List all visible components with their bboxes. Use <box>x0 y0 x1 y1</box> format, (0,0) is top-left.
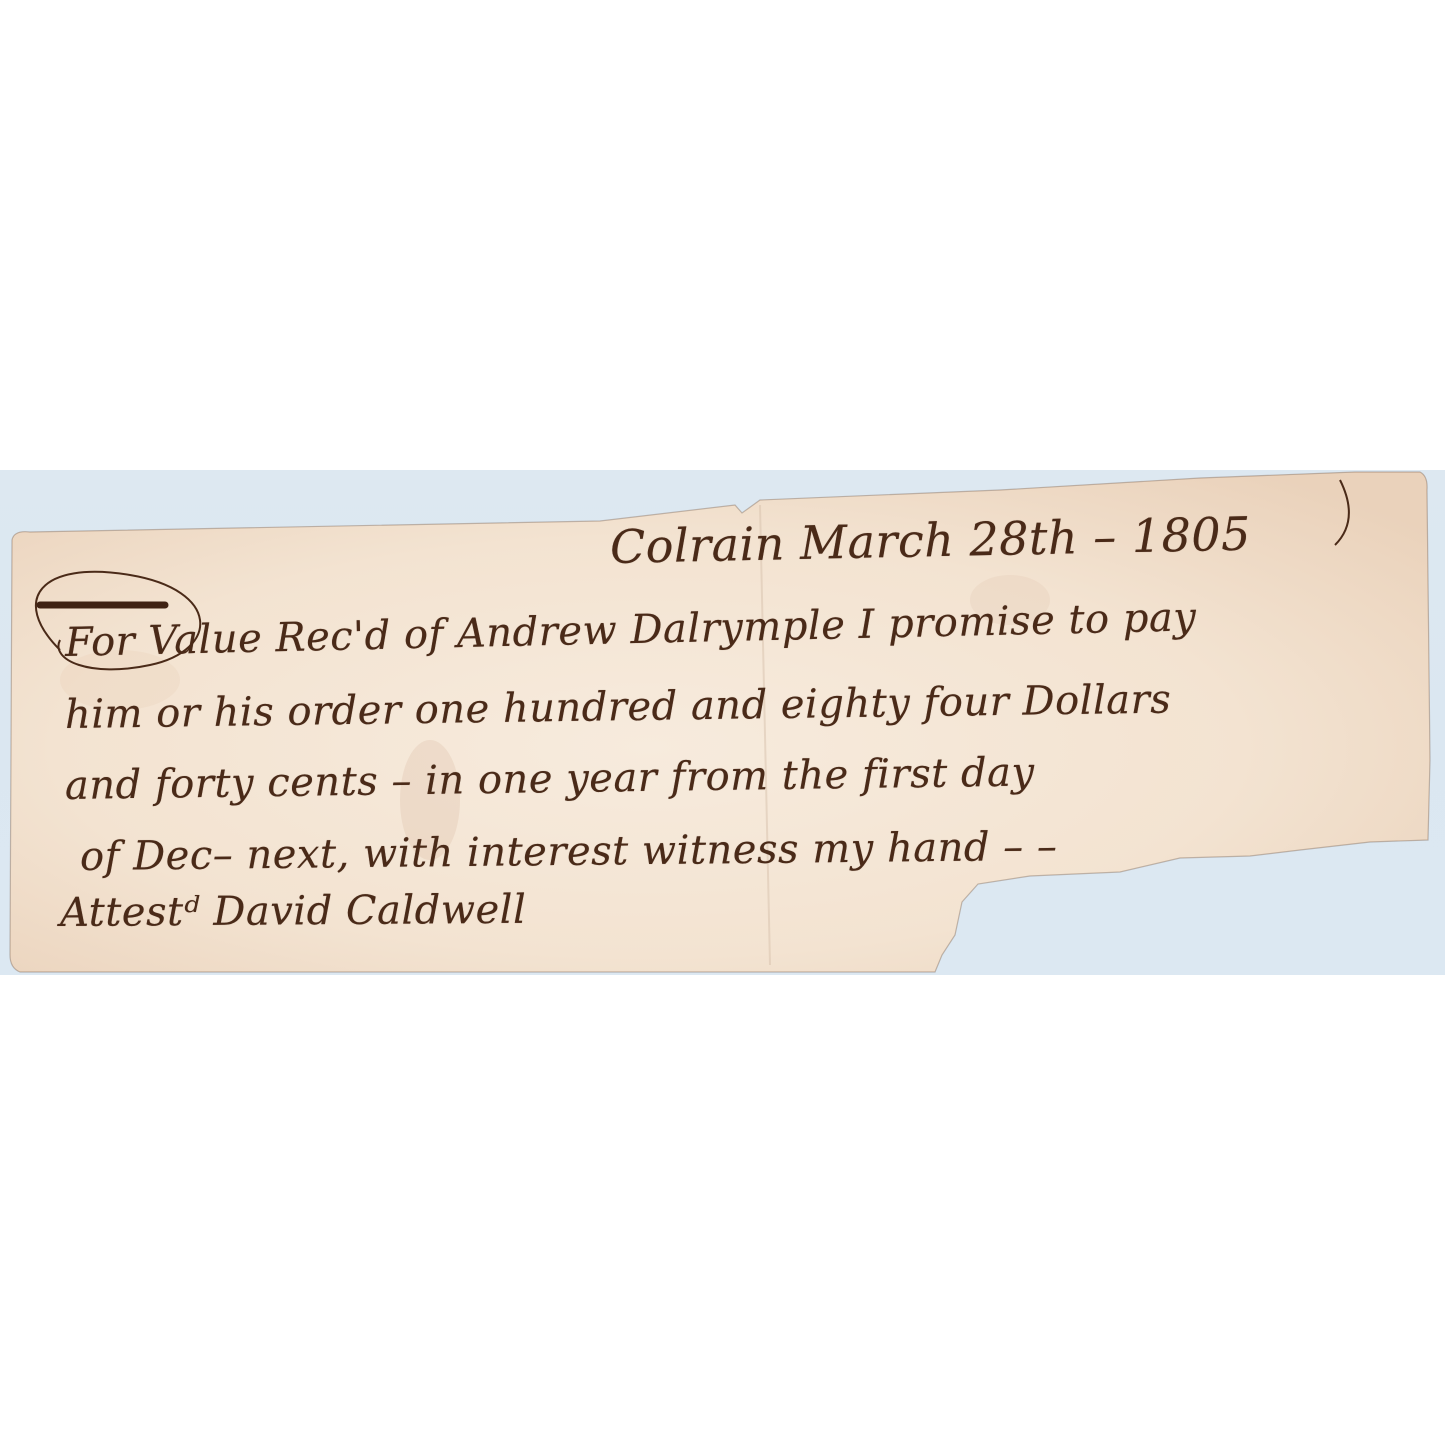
attestation-signature: Attestᵈ David Caldwell <box>60 887 527 936</box>
